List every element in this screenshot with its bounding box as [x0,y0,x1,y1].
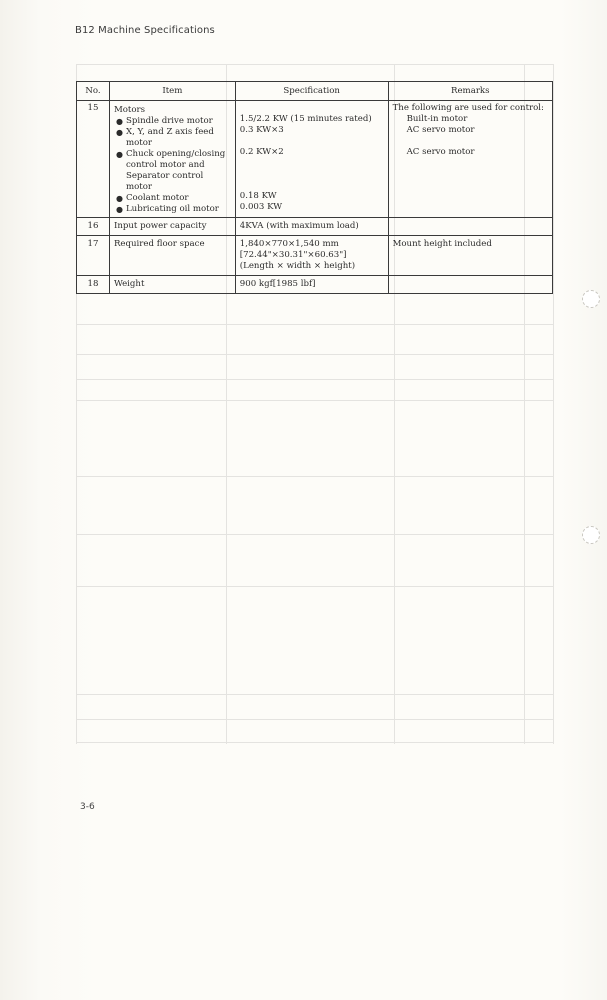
list-item-continuation: motor [114,138,231,149]
item-cell: Input power capacity [109,218,235,236]
specification-cell: 4KVA (with maximum load) [235,218,388,236]
spec-value: 1.5/2.2 KW (15 minutes rated) [240,114,384,125]
remark-text: AC servo motor [393,125,548,136]
spec-value: [72.44"×30.31"×60.63"] [240,250,384,261]
table-row: 17 Required floor space 1,840×770×1,540 … [77,236,553,276]
row-number: 18 [77,276,110,294]
spec-value: (Length × width × height) [240,261,384,272]
item-cell: Motors ●Spindle drive motor ●X, Y, and Z… [109,101,235,218]
spec-value: 0.3 KW×3 [240,125,384,136]
specification-cell: 900 kgf[1985 lbf] [235,276,388,294]
list-item: ●X, Y, and Z axis feed [114,127,231,138]
item-title: Motors [114,105,231,116]
list-item-continuation: control motor and [114,160,231,171]
remarks-cell: Mount height included [388,236,552,276]
table-row: 18 Weight 900 kgf[1985 lbf] [77,276,553,294]
spec-value: 0.2 KW×2 [240,147,384,158]
spec-value: 0.18 KW [240,191,384,202]
remarks-cell [388,276,552,294]
remark-text: AC servo motor [393,147,548,158]
remark-text: Built-in motor [393,114,548,125]
row-number: 16 [77,218,110,236]
page-number: 3-6 [80,802,95,812]
machine-spec-table: No. Item Specification Remarks 15 Motors… [76,81,553,294]
column-header-no: No. [77,82,110,101]
bullet-icon: ● [116,127,123,138]
remarks-cell [388,218,552,236]
table-row: 16 Input power capacity 4KVA (with maxim… [77,218,553,236]
list-item: ●Spindle drive motor [114,116,231,127]
table-row: 15 Motors ●Spindle drive motor ●X, Y, an… [77,101,553,218]
remark-text: The following are used for control: [393,103,548,114]
bullet-icon: ● [116,149,123,160]
list-item: ●Chuck opening/closing [114,149,231,160]
list-item-continuation: Separator control [114,171,231,182]
row-number: 17 [77,236,110,276]
binder-hole [582,526,600,544]
specification-cell: 1,840×770×1,540 mm [72.44"×30.31"×60.63"… [235,236,388,276]
column-header-item: Item [109,82,235,101]
column-header-remarks: Remarks [388,82,552,101]
bullet-icon: ● [116,193,123,204]
spec-value: 0.003 KW [240,202,384,213]
table-header-row: No. Item Specification Remarks [77,82,553,101]
item-cell: Weight [109,276,235,294]
list-item: ●Lubricating oil motor [114,204,231,215]
item-cell: Required floor space [109,236,235,276]
row-number: 15 [77,101,110,218]
specification-cell: 1.5/2.2 KW (15 minutes rated) 0.3 KW×3 0… [235,101,388,218]
bullet-icon: ● [116,204,123,215]
remarks-cell: The following are used for control: Buil… [388,101,552,218]
column-header-specification: Specification [235,82,388,101]
bullet-icon: ● [116,116,123,127]
running-header: B12 Machine Specifications [75,25,215,36]
list-item: ●Coolant motor [114,193,231,204]
binder-hole [582,290,600,308]
spec-value: 1,840×770×1,540 mm [240,239,384,250]
list-item-continuation: motor [114,182,231,193]
